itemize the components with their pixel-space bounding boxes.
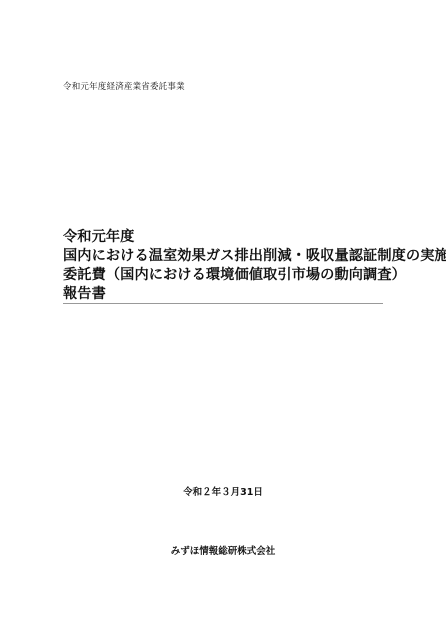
- title-line-report: 報告書: [63, 285, 383, 304]
- title-line-main: 国内における温室効果ガス排出削減・吸収量認証制度の実施: [63, 247, 383, 266]
- title-divider: [63, 303, 383, 304]
- publication-date: 令和２年３月31日: [0, 484, 446, 498]
- company-name: みずほ情報総研株式会社: [0, 543, 446, 557]
- commission-note: 令和元年度経済産業省委託事業: [63, 80, 185, 92]
- report-title: 令和元年度 国内における温室効果ガス排出削減・吸収量認証制度の実施 委託費（国内…: [63, 228, 383, 304]
- title-line-fiscal-year: 令和元年度: [63, 228, 383, 247]
- title-line-subtitle: 委託費（国内における環境価値取引市場の動向調査）: [63, 266, 383, 285]
